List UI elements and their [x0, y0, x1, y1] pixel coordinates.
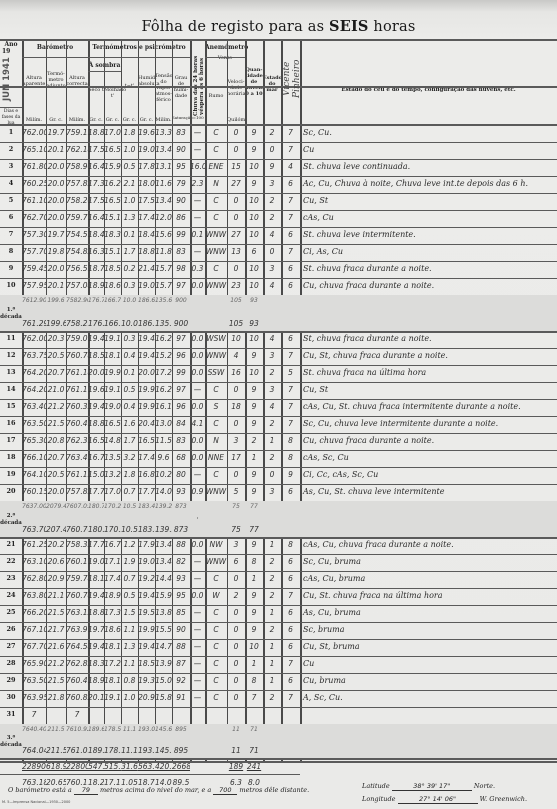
cell-obs: 6: [281, 230, 300, 239]
cell-cor: 762.18: [66, 145, 88, 154]
row-divider: [0, 176, 557, 177]
cell-rumo: C: [205, 693, 227, 702]
cell-chuva: 0.1: [190, 230, 205, 239]
cell-molh: 19.9: [104, 368, 121, 377]
weather-description: Cu, bruma: [303, 676, 346, 685]
row-divider: [0, 348, 557, 349]
cell-mar: 1: [263, 642, 281, 651]
cell-alt: 765.90: [22, 659, 46, 668]
cell-grau: 68: [172, 453, 190, 462]
weather-description: Sc, bruma: [303, 625, 345, 634]
cell-chuva: 16.0: [190, 162, 205, 171]
cell-grau: 87: [172, 659, 190, 668]
cell-cor: 763.41: [66, 453, 88, 462]
cell-obs: 4: [281, 162, 300, 171]
weather-description: Sc, Cu, bruma: [303, 557, 361, 566]
cell-cor: 758.20: [66, 196, 88, 205]
cell-rumo: C: [205, 574, 227, 583]
cell-molh: 13.2: [104, 470, 121, 479]
cell-alt: 763.80: [22, 591, 46, 600]
cell-ten: 13.8: [155, 608, 172, 617]
cell-chuva: 0.0: [190, 368, 205, 377]
decade-sum-grau: 895: [172, 726, 190, 733]
cell-nuv: 9: [245, 385, 263, 394]
cell-diff: 1.2: [121, 540, 138, 549]
cell-molh: 18.3: [104, 230, 121, 239]
cell-ten: 15.7: [155, 281, 172, 290]
decade-mean-alt: 761.290: [22, 319, 46, 328]
weather-description: cAs, Sc, Cu: [303, 453, 349, 462]
cell-hum: 19.9: [138, 625, 155, 634]
decade-sum-ten: 145.6: [155, 726, 172, 733]
cell-ten: 17.2: [155, 368, 172, 377]
cell-obs: 6: [281, 264, 300, 273]
cell-obs: 6: [281, 642, 300, 651]
cell-vel: 18: [227, 402, 245, 411]
date-stamp: JUN 1941: [2, 56, 20, 102]
decade-sum-seco: 189.6: [88, 726, 104, 733]
cell-seco: 20.0: [88, 368, 104, 377]
cell-cor: 762.39: [66, 436, 88, 445]
month-sum-cor: 22800.97: [66, 762, 88, 771]
cell-vel: 0: [227, 264, 245, 273]
cell-rumo: C: [205, 659, 227, 668]
cell-mar: 0: [263, 145, 281, 154]
decade-sum-cor: 7610.92: [66, 726, 88, 733]
decade-sum-alt: 7637.00: [22, 503, 46, 510]
cell-nuv: 10: [245, 162, 263, 171]
row-divider: [0, 622, 557, 623]
cell-cor: 757.04: [66, 281, 88, 290]
cell-rumo: C: [205, 419, 227, 428]
cell-hum: 19.9: [138, 402, 155, 411]
cell-vel: 0: [227, 145, 245, 154]
unit-alt-aparente: Milím.: [22, 117, 46, 123]
cell-molh: 17.4: [104, 574, 121, 583]
row-divider: [0, 467, 557, 468]
cell-alt: 767.70: [22, 642, 46, 651]
cell-alt: 757.95: [22, 281, 46, 290]
decade-mean-vel: 105: [227, 319, 245, 328]
cell-vel: 0: [227, 574, 245, 583]
cell-cor: 760.82: [66, 693, 88, 702]
cell-chuva: —: [190, 659, 205, 668]
cell-chuva: 4.1: [190, 419, 205, 428]
cell-seco: 17.7: [88, 487, 104, 496]
cell-seco: 18.4: [88, 230, 104, 239]
cell-obs: 6: [281, 179, 300, 188]
cell-molh: 19.1: [104, 334, 121, 343]
cell-rumo: C: [205, 642, 227, 651]
cell-ten: 13.0: [155, 419, 172, 428]
cell-chuva: —: [190, 470, 205, 479]
cell-diff: 1.6: [121, 419, 138, 428]
month-sum-alt: 22890.60: [22, 762, 46, 771]
decade-mean-diff: 11.1: [121, 746, 138, 755]
cell-nuv: 9: [245, 402, 263, 411]
cell-ten: 14.4: [155, 574, 172, 583]
unit-diff: Gr. c.: [121, 117, 138, 123]
decade-sum-nuv: 93: [245, 297, 263, 304]
cell-diff: 0.7: [121, 487, 138, 496]
cell-molh: 16.5: [104, 196, 121, 205]
cell-grau: 98: [172, 264, 190, 273]
cell-rumo: C: [205, 145, 227, 154]
cell-chuva: 0.3: [190, 264, 205, 273]
cell-rumo: WNW: [205, 487, 227, 496]
cell-hum: 19.3: [138, 676, 155, 685]
cell-day: 11: [0, 334, 22, 342]
cell-term: 20.9: [46, 574, 66, 583]
cell-vel: 5: [227, 487, 245, 496]
cell-day: 21: [0, 540, 22, 548]
cell-day: 26: [0, 625, 22, 633]
cell-diff: 0.4: [121, 351, 138, 360]
page-title: Fôlha de registo para as SEIS horas: [0, 18, 557, 35]
cell-ten: 14.0: [155, 487, 172, 496]
title-suffix: horas: [373, 19, 415, 35]
cell-day: 28: [0, 659, 22, 667]
longitude-line: Longitude 27° 14' 06" W. Greenwich.: [362, 795, 527, 804]
cell-vel: 17: [227, 453, 245, 462]
cell-day: 8: [0, 247, 22, 255]
unit-vel: Quilóm.: [227, 117, 245, 123]
cell-alt: 764.20: [22, 385, 46, 394]
cell-obs: 5: [281, 368, 300, 377]
cell-vel: 0: [227, 385, 245, 394]
decade-sum-molh: 170.2: [104, 503, 121, 510]
cell-alt: 763.40: [22, 402, 46, 411]
cell-term: 19.7: [46, 128, 66, 137]
weather-description: St. chuva leve continuada.: [303, 162, 410, 171]
cell-alt: 760.25: [22, 179, 46, 188]
unit-seco: Gr. c.: [88, 117, 104, 123]
decade-sum-diff: 11.1: [121, 726, 138, 733]
cell-seco: 16.4: [88, 162, 104, 171]
cell-obs: 6: [281, 676, 300, 685]
decade-mean-hum: 183.4: [138, 525, 155, 534]
cell-molh: 13.5: [104, 453, 121, 462]
cell-day: 13: [0, 368, 22, 376]
weather-description: Ac, Cu, Chuva à noite, Chuva leve int.te…: [303, 179, 528, 188]
cell-cor: 761.17: [66, 385, 88, 394]
cell-vel: 4: [227, 351, 245, 360]
cell-mar: 3: [263, 351, 281, 360]
cell-vel: 0: [227, 693, 245, 702]
cell-chuva: 0.0: [190, 436, 205, 445]
cell-hum: 16.8: [138, 470, 155, 479]
cell-term: 20.0: [46, 213, 66, 222]
cell-rumo: C: [205, 385, 227, 394]
row-divider: [0, 639, 557, 640]
cell-mar: 3: [263, 487, 281, 496]
cell-hum: 19.4: [138, 642, 155, 651]
cell-grau: 96: [172, 402, 190, 411]
cell-term: 21.2: [46, 402, 66, 411]
cell-obs: 7: [281, 196, 300, 205]
cell-vel: 13: [227, 247, 245, 256]
cell-hum: 17.5: [138, 196, 155, 205]
weather-description: Sc, Cu, chuva leve intermitente durante …: [303, 419, 498, 428]
cell-cor: 758.35: [66, 540, 88, 549]
cell-rumo: C: [205, 676, 227, 685]
cell-nuv: 10: [245, 281, 263, 290]
title-prefix: Fôlha de registo para as: [141, 19, 324, 35]
cell-ten: 13.4: [155, 557, 172, 566]
decade-sum-term: 2079.4: [46, 503, 66, 510]
cell-diff: 0.3: [121, 334, 138, 343]
cell-diff: 0.7: [121, 574, 138, 583]
cell-vel: 27: [227, 230, 245, 239]
unit-grau: Saturação=100: [172, 115, 190, 121]
cell-alt: 757.70: [22, 247, 46, 256]
row-divider: [0, 261, 557, 262]
barometer-altitude: 79: [74, 786, 98, 795]
cell-ten: 15.8: [155, 693, 172, 702]
cell-cor: 760.17: [66, 557, 88, 566]
cell-ten: 11.5: [155, 436, 172, 445]
cell-mar: 1: [263, 676, 281, 685]
cell-chuva: 0.0: [190, 281, 205, 290]
cell-nuv: 9: [245, 470, 263, 479]
cell-mar: 2: [263, 419, 281, 428]
row-divider: [0, 227, 557, 228]
cell-nuv: 10: [245, 368, 263, 377]
cell-diff: 1.8: [121, 470, 138, 479]
cell-alt: 763.95: [22, 693, 46, 702]
cell-vel: 10: [227, 334, 245, 343]
cell-molh: 15.9: [104, 162, 121, 171]
cell-alt: 762.00: [22, 128, 46, 137]
decade-sum-hum: 183.4: [138, 503, 155, 510]
barometer-mid: metros acima do nivel do mar, e a: [100, 786, 211, 794]
cell-vel: 6: [227, 557, 245, 566]
weather-description: St. chuva leve intermitente.: [303, 230, 416, 239]
cell-obs: 9: [281, 470, 300, 479]
cell-mar: 2: [263, 591, 281, 600]
cell-day: 19: [0, 470, 22, 478]
cell-obs: 7: [281, 402, 300, 411]
cell-alt: 761.10: [22, 196, 46, 205]
cell-grau: 84: [172, 419, 190, 428]
cell-term: 20.1: [46, 281, 66, 290]
cell-vel: 3: [227, 540, 245, 549]
cell-ten: 16.2: [155, 385, 172, 394]
cell-cor: 758.90: [66, 162, 88, 171]
cell-rumo: C: [205, 196, 227, 205]
decade-mean-seco: 180.7: [88, 525, 104, 534]
cell-term: 20.1: [46, 145, 66, 154]
cell-day: 7: [0, 230, 22, 238]
cell-molh: 18.9: [104, 591, 121, 600]
cell-chuva: —: [190, 385, 205, 394]
cell-mar: 4: [263, 281, 281, 290]
cell-chuva: 0.0: [190, 351, 205, 360]
cell-grau: 90: [172, 196, 190, 205]
cell-mar: 0: [263, 470, 281, 479]
cell-alt: 761.80: [22, 162, 46, 171]
cell-term: 20.6: [46, 557, 66, 566]
cell-obs: 7: [281, 128, 300, 137]
cell-cor: 760.41: [66, 676, 88, 685]
decade-label: 2.ª década: [0, 513, 22, 527]
cell-hum: 20.4: [138, 419, 155, 428]
header-anemometro: Anemómetro: [205, 45, 245, 51]
cell-molh: 15.1: [104, 247, 121, 256]
cell-diff: 2.1: [121, 179, 138, 188]
cell-grau: 90: [172, 145, 190, 154]
weather-description: Cu, St: [303, 385, 328, 394]
cell-mar: 1: [263, 608, 281, 617]
cell-hum: 19.4: [138, 351, 155, 360]
cell-term: 20.2: [46, 540, 66, 549]
month-sum-hum: 563.0: [138, 762, 155, 771]
cell-mar: 4: [263, 230, 281, 239]
weather-description: cAs, Cu: [303, 213, 334, 222]
cell-term: 20.0: [46, 264, 66, 273]
cell-grau: 83: [172, 436, 190, 445]
cell-vel: 0: [227, 196, 245, 205]
decade-mean-term: 199.6: [46, 319, 66, 328]
cell-diff: 1.1: [121, 625, 138, 634]
cell-rumo: C: [205, 608, 227, 617]
cell-molh: 19.1: [104, 693, 121, 702]
cell-mar: 4: [263, 402, 281, 411]
cell-molh: 19.1: [104, 385, 121, 394]
decade-sum-seco: 180.7: [88, 503, 104, 510]
cell-cor: 764.58: [66, 642, 88, 651]
cell-term: 21.6: [46, 642, 66, 651]
weather-description: Cu, St, bruma: [303, 642, 360, 651]
cell-term: 21.2: [46, 659, 66, 668]
row-divider: [0, 450, 557, 451]
cell-ten: 13.1: [155, 162, 172, 171]
cell-alt: 766.20: [22, 608, 46, 617]
cell-hum: 20.0: [138, 368, 155, 377]
decade-mean-ten: 135.6: [155, 319, 172, 328]
cell-diff: 0.5: [121, 591, 138, 600]
cell-day: 16: [0, 419, 22, 427]
cell-rumo: WNW: [205, 281, 227, 290]
cell-diff: 1.5: [121, 608, 138, 617]
cell-rumo: C: [205, 264, 227, 273]
cell-term: 21.5: [46, 676, 66, 685]
cell-day: 10: [0, 281, 22, 289]
latitude-label: Latitude: [362, 782, 390, 790]
cell-diff: 1.9: [121, 557, 138, 566]
cell-grau: 95: [172, 591, 190, 600]
cell-nuv: 10: [245, 642, 263, 651]
header-molhado: Molhado t': [104, 87, 121, 99]
cell-ten: 11.8: [155, 247, 172, 256]
cell-obs: 6: [281, 557, 300, 566]
decade-mean-seco: 189.6: [88, 746, 104, 755]
cell-rumo: S: [205, 402, 227, 411]
weather-description: St. chuva fraca durante a noite.: [303, 264, 432, 273]
cell-vel: 0: [227, 128, 245, 137]
decade-mean-ten: 145.6: [155, 746, 172, 755]
cell-rumo: C: [205, 625, 227, 634]
register-sheet: Fôlha de registo para as SEIS horas Ano …: [0, 0, 557, 809]
weather-description: Cu, chuva fraca durante a noite.: [303, 436, 434, 445]
latitude-direction: Norte.: [474, 782, 495, 790]
row-divider: [88, 57, 190, 58]
row-divider: [88, 71, 121, 72]
cell-mar: 1: [263, 659, 281, 668]
cell-chuva: —: [190, 574, 205, 583]
cell-diff: 0.1: [121, 230, 138, 239]
decade-label: 3.ª década: [0, 735, 22, 749]
cell-chuva: 0.0: [190, 402, 205, 411]
cell-ten: 13.4: [155, 196, 172, 205]
barometer-suffix: metros dêle distante.: [239, 786, 309, 794]
latitude-line: Latitude 38° 39' 17" Norte.: [362, 782, 495, 791]
cell-day: 31: [0, 710, 22, 718]
cell-alt: 763.75: [22, 351, 46, 360]
cell-molh: 17.0: [104, 487, 121, 496]
decade-mean-alt: 763.700: [22, 525, 46, 534]
cell-ten: 14.7: [155, 642, 172, 651]
cell-seco: 15.0: [88, 470, 104, 479]
cell-seco: 18.5: [88, 351, 104, 360]
cell-mar: 4: [263, 334, 281, 343]
cell-diff: 0.4: [121, 402, 138, 411]
cell-nuv: 8: [245, 557, 263, 566]
weather-description: Cu, St: [303, 196, 328, 205]
title-bold: SEIS: [329, 18, 369, 35]
decade-sum-seco: 176.7: [88, 297, 104, 304]
cell-day: 12: [0, 351, 22, 359]
cell-chuva: —: [190, 247, 205, 256]
cell-rumo: C: [205, 470, 227, 479]
cell-day: 17: [0, 436, 22, 444]
cell-ten: 15.2: [155, 351, 172, 360]
cell-hum: 19.4: [138, 334, 155, 343]
cell-term: 21.7: [46, 625, 66, 634]
cell-ten: 13.4: [155, 145, 172, 154]
cell-ten: 16.2: [155, 334, 172, 343]
cell-obs: 8: [281, 436, 300, 445]
cell-molh: 14.8: [104, 436, 121, 445]
decade-mean-term: 207.4: [46, 525, 66, 534]
decade-mean-molh: 170.2: [104, 525, 121, 534]
cell-vel: 0: [227, 470, 245, 479]
cell-molh: 16.5: [104, 145, 121, 154]
cell-hum: 18.5: [138, 659, 155, 668]
unit-tensao: Milím.: [155, 117, 172, 123]
cell-grau: 83: [172, 128, 190, 137]
cell-obs: 7: [281, 591, 300, 600]
cell-alt: 757.30: [22, 230, 46, 239]
cell-chuva: —: [190, 608, 205, 617]
cell-diff: 1.3: [121, 642, 138, 651]
cell-cor: 759.77: [66, 213, 88, 222]
row-divider: [0, 399, 557, 400]
cell-alt: 760.15: [22, 487, 46, 496]
cell-diff: 1.0: [121, 693, 138, 702]
header-barometro: Barómetro: [22, 45, 88, 51]
cell-mar: 3: [263, 264, 281, 273]
cell-molh: 18.1: [104, 676, 121, 685]
decade-mean-nuv: 77: [245, 525, 263, 534]
cell-molh: 17.1: [104, 557, 121, 566]
row-divider: [0, 571, 557, 572]
cell-day: 3: [0, 162, 22, 170]
cell-seco: 18.7: [88, 264, 104, 273]
cell-cor: 754.83: [66, 247, 88, 256]
cell-alt: 759.45: [22, 264, 46, 273]
row-divider: [0, 605, 557, 606]
